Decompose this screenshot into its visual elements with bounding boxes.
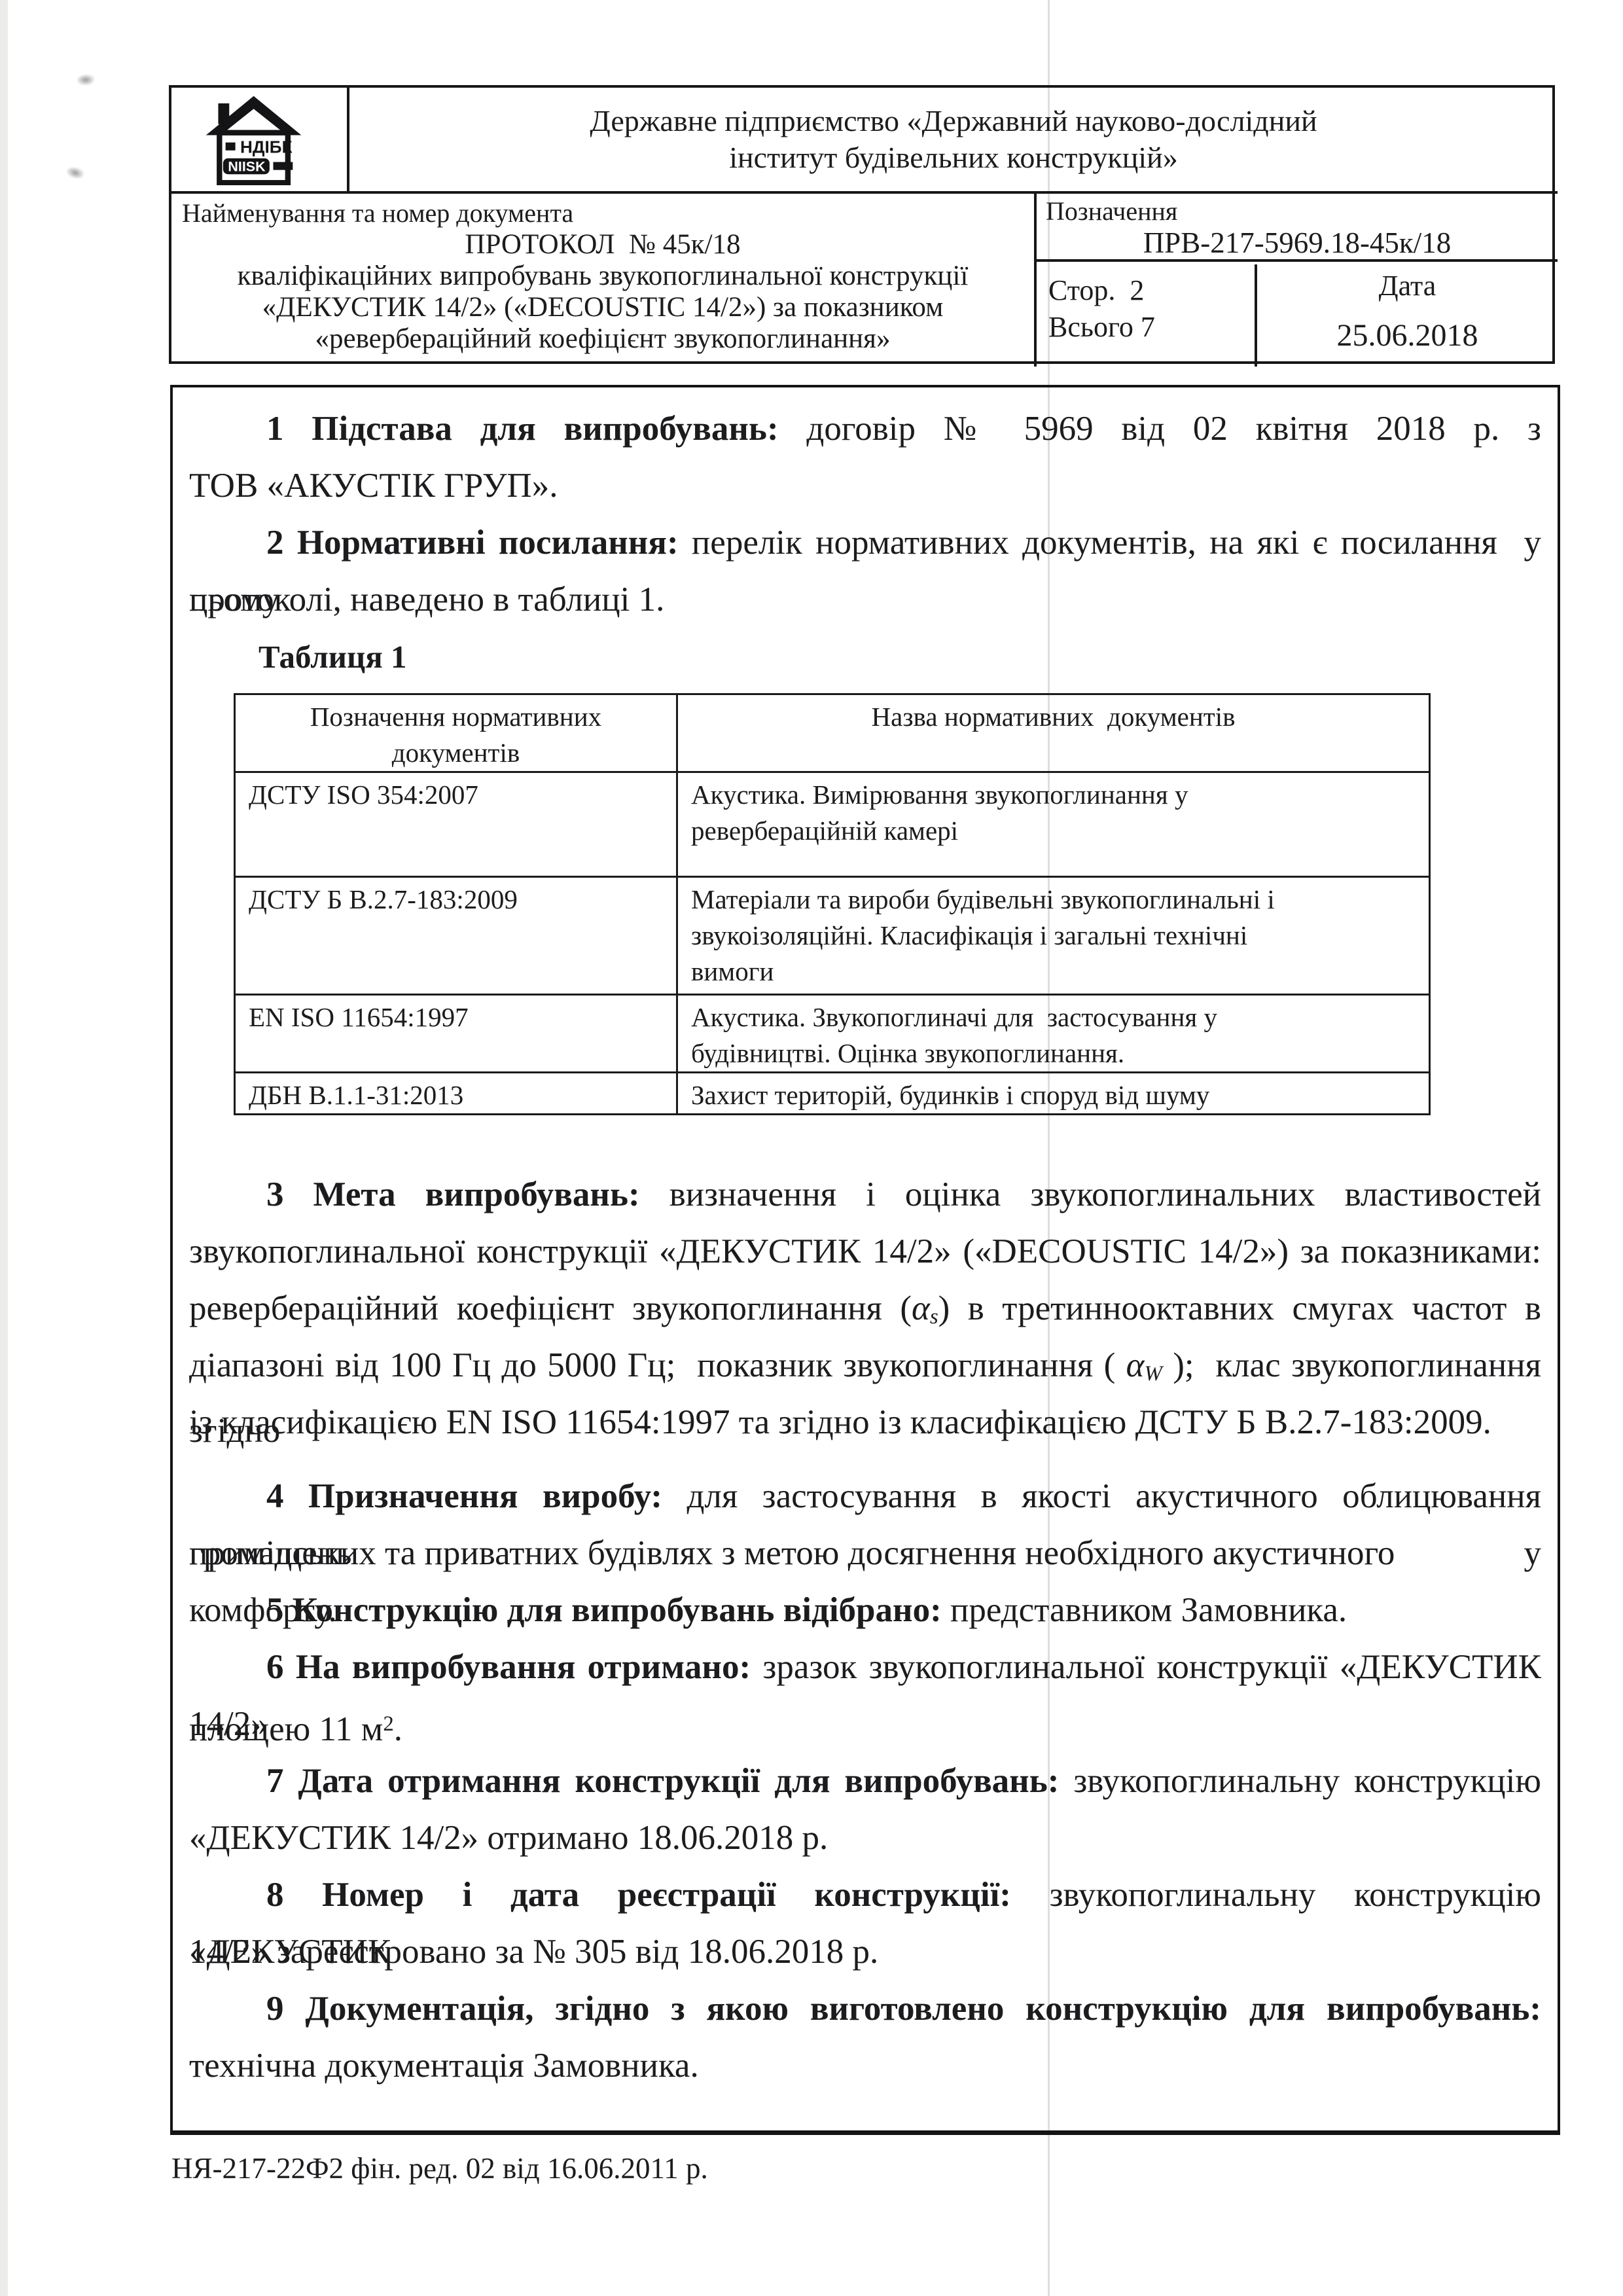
doc-name-cell: Матеріали та вироби будівельні звукопогл… [677,877,1430,995]
section-6-heading: 6 На випробування отримано: [266,1648,751,1686]
scan-edge-band [0,0,8,2296]
superscript-2: 2 [383,1712,393,1736]
alpha-s-symbol: α [912,1289,930,1327]
protocol-title-line: «ревербераційний коефіцієнт звукопоглина… [182,323,1024,355]
paragraph-7-line-1: 7 Дата отримання конструкції для випробу… [189,1753,1541,1810]
doc-name-cell: Акустика. Звукопоглиначі для застосуванн… [677,995,1430,1073]
document-body-frame: 1 Підстава для випробувань: договір № 59… [170,385,1560,2135]
normative-documents-table: Позначення нормативних документів Назва … [234,693,1431,1115]
doc-id-cell: EN ISO 11654:1997 [235,995,677,1073]
paragraph-6-line-1: 6 На випробування отримано: зразок звуко… [189,1639,1541,1696]
paragraph-6-line-2: площею 11 м2. [189,1696,1541,1753]
doc-name-cell: Захист територій, будинків і споруд від … [677,1073,1430,1115]
organization-name-line2: інститут будівельних конструкцій» [729,139,1178,176]
paragraph-4-line-2: громадських та приватних будівлях з мето… [189,1525,1541,1582]
svg-text:NIISK: NIISK [228,159,266,175]
protocol-title-line: «ДЕКУСТИК 14/2» («DECOUSTIC 14/2») за по… [182,292,1024,323]
paragraph-2-line-1: 2 Нормативні посилання: перелік норматив… [189,514,1541,571]
table-row: ДБН В.1.1-31:2013 Захист територій, буди… [235,1073,1430,1115]
doc-id-cell: ДБН В.1.1-31:2013 [235,1073,677,1115]
page-number: Стор. 2 [1048,272,1243,309]
scan-smudge [77,75,94,85]
paragraph-4-line-1: 4 Призначення виробу: для застосування в… [189,1468,1541,1525]
table-header-col2: Назва нормативних документів [677,694,1430,772]
protocol-title-line: кваліфікаційних випробувань звукопоглина… [182,260,1024,292]
total-pages: Всього 7 [1048,309,1243,346]
section-1-heading: 1 Підстава для випробувань: [266,410,779,448]
doc-name-cell: Акустика. Вимірювання звукопоглинання у … [677,772,1430,877]
paragraph-9-line-1: 9 Документація, згідно з якою виготовлен… [189,1981,1541,2037]
organization-name-line1: Державне підприємство «Державний науково… [590,103,1317,139]
paragraph-2-line-2: протоколі, наведено в таблиці 1. [189,571,1541,628]
scanned-protocol-page: НДІБК NIISK Державне підприємство «Держа… [0,0,1623,2296]
svg-text:НДІБК: НДІБК [240,137,293,157]
section-8-heading: 8 Номер і дата реєстрації конструкції: [266,1876,1011,1914]
section-9-heading: 9 Документація, згідно з якою виготовлен… [266,1990,1541,2028]
document-name-label: Найменування та номер документа [182,198,1024,229]
doc-id-cell: ДСТУ ISO 354:2007 [235,772,677,877]
paragraph-5-line-1: 5 Конструкцію для випробувань відібрано:… [189,1582,1541,1639]
date-label: Дата [1264,270,1551,302]
protocol-number: ПРОТОКОЛ № 45к/18 [182,229,1024,260]
paragraph-9-line-2: технічна документація Замовника. [189,2037,1541,2094]
table-row: ДСТУ Б В.2.7-183:2009 Матеріали та вироб… [235,877,1430,995]
paragraph-3-line-3: ревербераційний коефіцієнт звукопоглинан… [189,1280,1541,1337]
page-count-cell: Стор. 2 Всього 7 [1037,264,1257,367]
organization-name-cell: Державне підприємство «Державний науково… [349,88,1558,194]
paragraph-1-line-1: 1 Підстава для випробувань: договір № 59… [189,401,1541,457]
paragraph-3-line-1: 3 Мета випробувань: визначення і оцінка … [189,1166,1541,1223]
paragraph-3-line-2: звукопоглинальної конструкції «ДЕКУСТИК … [189,1223,1541,1280]
table-header-col1: Позначення нормативних документів [235,694,677,772]
section-2-heading: 2 Нормативні посилання: [266,524,679,562]
section-5-heading: 5 Конструкцію для випробувань відібрано: [266,1591,942,1629]
paragraph-3-line-4: діапазоні від 100 Гц до 5000 Гц; показни… [189,1337,1541,1394]
table-1-caption: Таблиця 1 [189,628,1541,685]
house-logo-icon: НДІБК NIISK [197,94,321,185]
section-4-heading: 4 Призначення виробу: [266,1477,662,1515]
date-cell: Дата 25.06.2018 [1257,264,1558,367]
section-7-heading: 7 Дата отримання конструкції для випробу… [266,1762,1059,1800]
form-revision-footer: НЯ-217-22Ф2 фін. ред. 02 від 16.06.2011 … [171,2150,708,2187]
document-title-cell: Найменування та номер документа ПРОТОКОЛ… [171,194,1037,367]
date-value: 25.06.2018 [1264,319,1551,352]
paragraph-7-line-2: «ДЕКУСТИК 14/2» отримано 18.06.2018 р. [189,1810,1541,1867]
header-table: НДІБК NIISK Державне підприємство «Держа… [169,85,1555,364]
doc-id-cell: ДСТУ Б В.2.7-183:2009 [235,877,677,995]
institute-logo: НДІБК NIISK [171,88,349,194]
paragraph-8-line-1: 8 Номер і дата реєстрації конструкції: з… [189,1867,1541,1924]
designation-value: ПРВ-217-5969.18-45к/18 [1046,226,1548,259]
paragraph-3-line-5: із класифікацією EN ISO 11654:1997 та зг… [189,1394,1541,1451]
paragraph-8-line-2: 14/2» зареєстровано за № 305 від 18.06.2… [189,1924,1541,1981]
section-3-heading: 3 Мета випробувань: [266,1175,640,1213]
table-row: EN ISO 11654:1997 Акустика. Звукопоглина… [235,995,1430,1073]
table-header-row: Позначення нормативних документів Назва … [235,694,1430,772]
paragraph-1-line-2: ТОВ «АКУСТІК ГРУП». [189,457,1541,514]
table-row: ДСТУ ISO 354:2007 Акустика. Вимірювання … [235,772,1430,877]
scan-smudge [65,165,85,180]
alpha-w-symbol: α [1126,1346,1145,1384]
designation-label: Позначення [1046,196,1548,226]
designation-cell: Позначення ПРВ-217-5969.18-45к/18 [1037,194,1558,262]
